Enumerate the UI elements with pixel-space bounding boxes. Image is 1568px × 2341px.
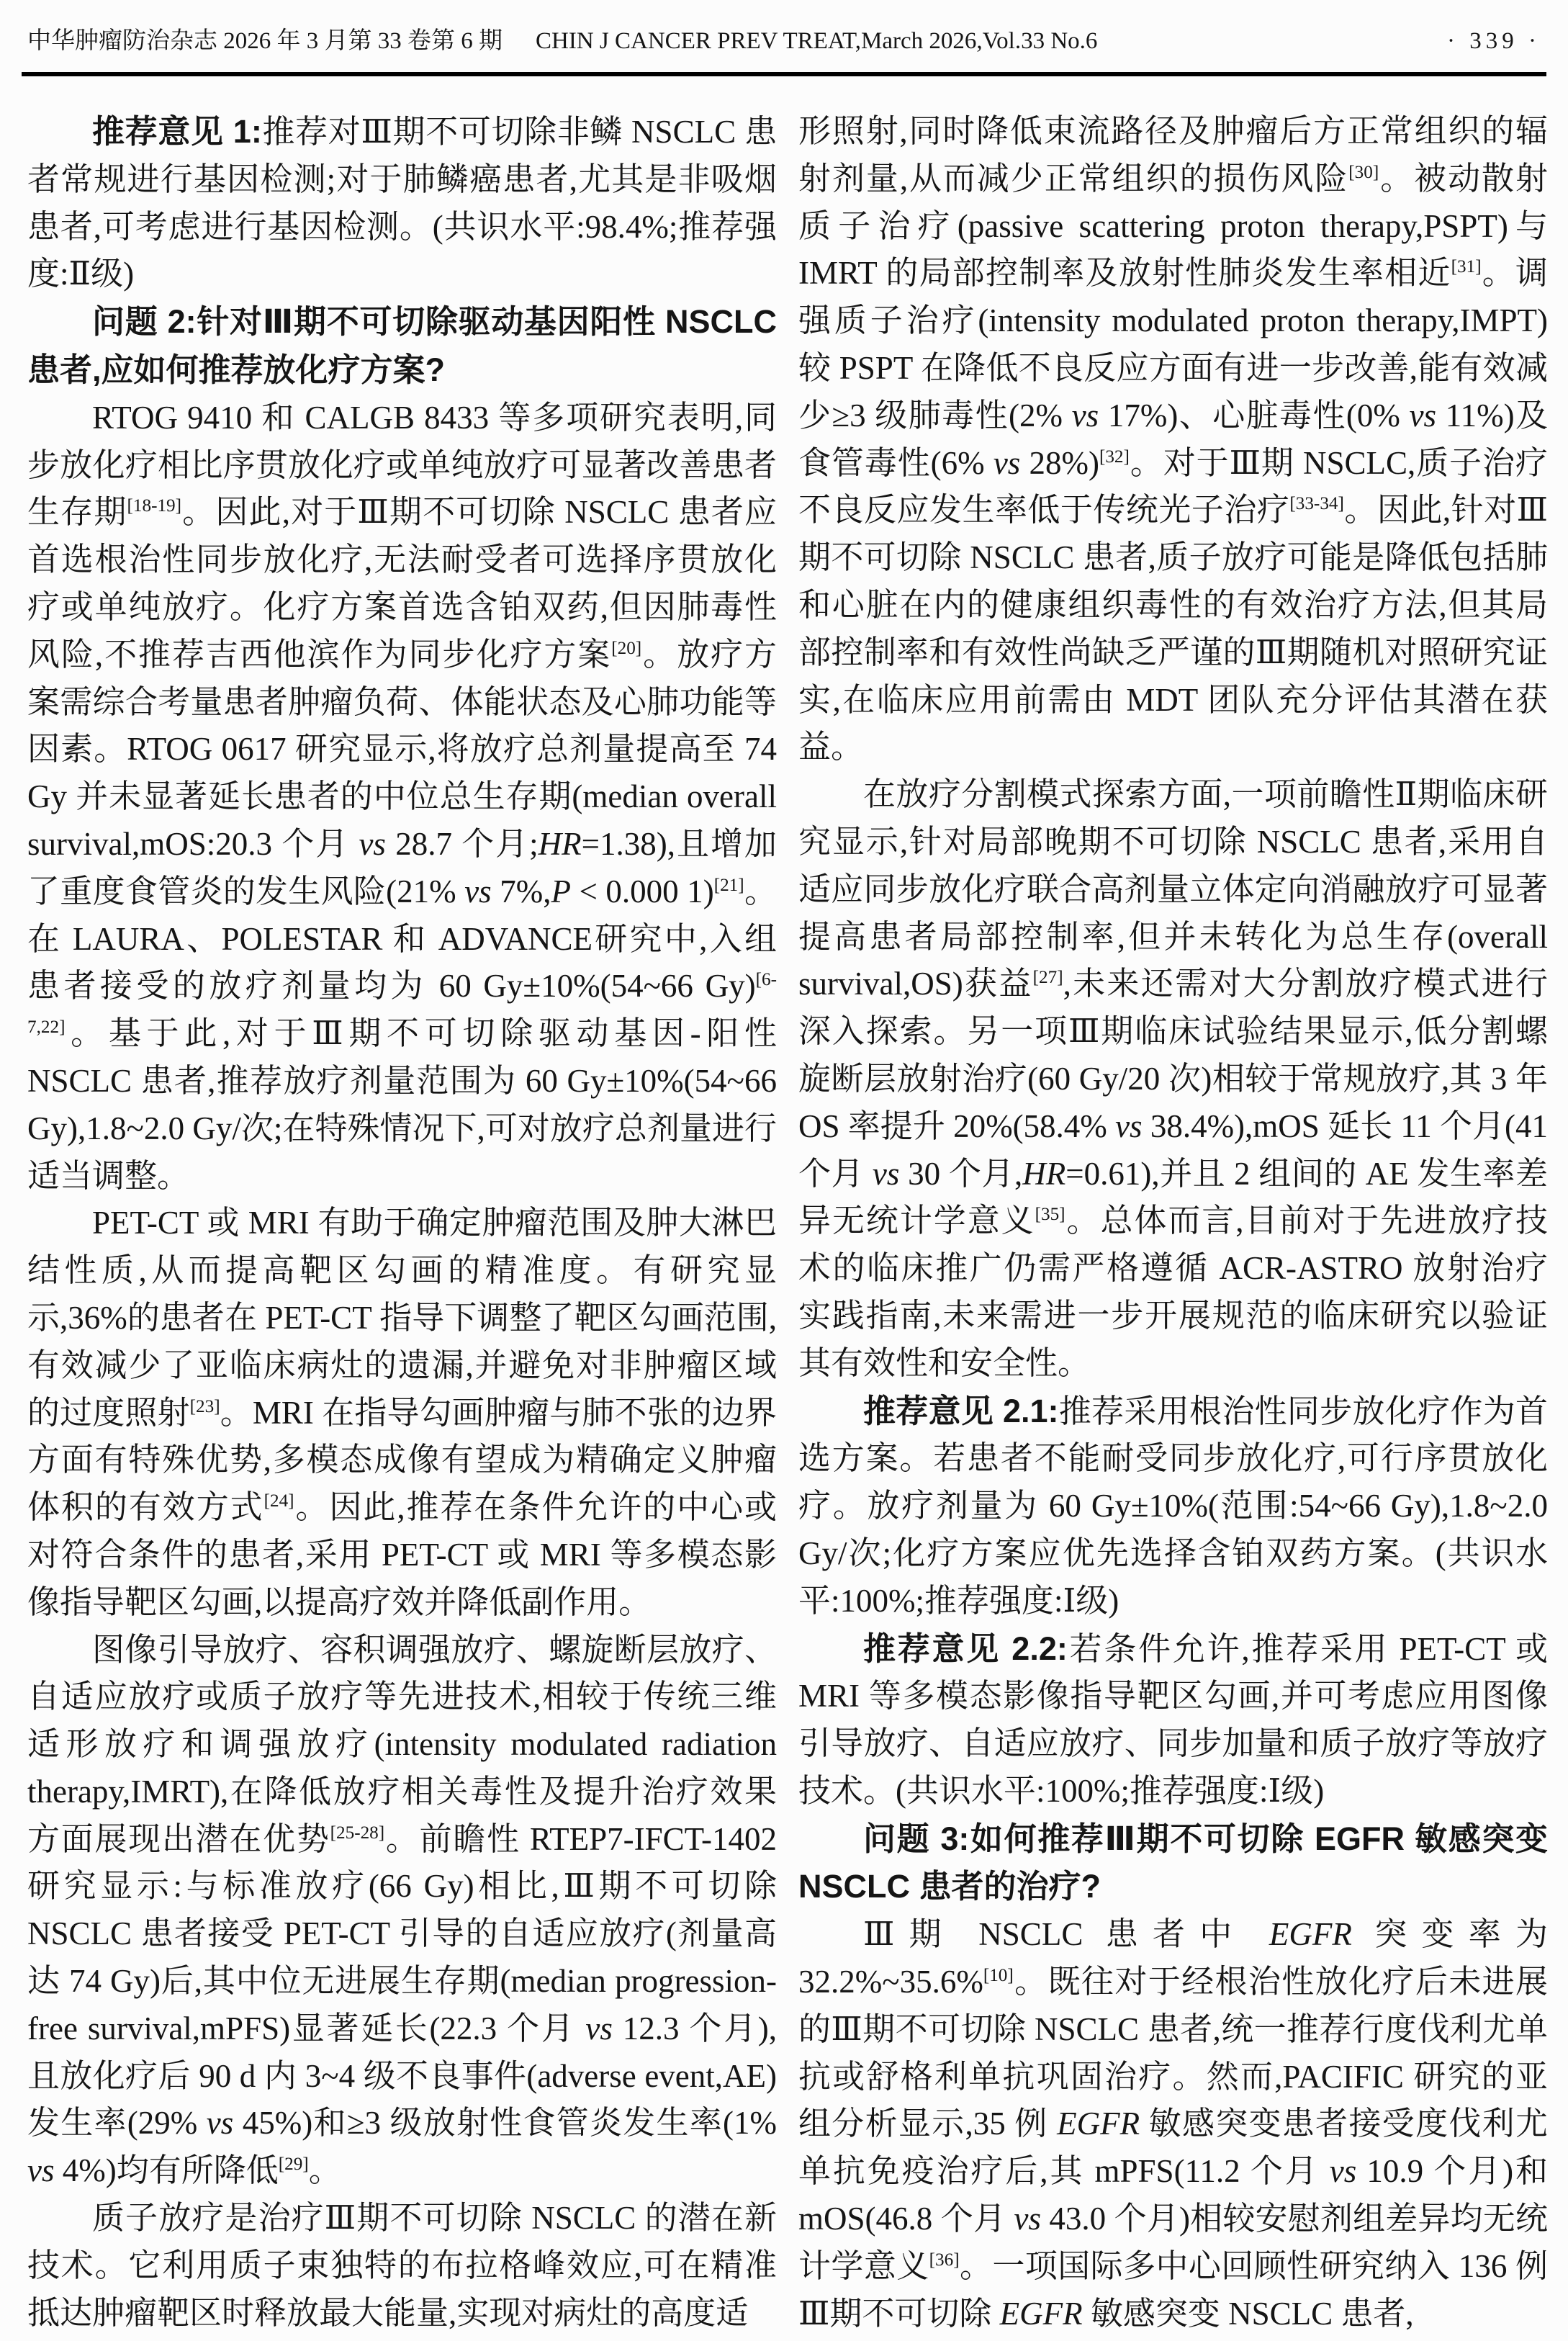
text-segment: 。因此,针对Ⅲ期不可切除 NSCLC 患者,质子放疗可能是降低包括肺和心脏在内的… — [798, 492, 1548, 765]
page-header: 中华肿瘤防治杂志 2026 年 3 月第 33 卷第 6 期 CHIN J CA… — [27, 22, 1541, 55]
reference-superscript: [25-28] — [330, 1823, 385, 1843]
text-segment: vs — [359, 826, 386, 862]
text-segment: HR — [539, 826, 582, 862]
text-segment: P — [551, 873, 571, 909]
paragraph: 推荐意见 2.1:推荐采用根治性同步放化疗作为首选方案。若患者不能耐受同步放化疗… — [798, 1388, 1548, 1625]
text-segment: vs — [585, 2010, 613, 2046]
text-segment: 。基于此,对于Ⅲ期不可切除驱动基因-阳性 NSCLC 患者,推荐放疗剂量范围为 … — [27, 1015, 777, 1193]
reference-superscript: [35] — [1035, 1205, 1065, 1224]
reference-superscript: [32] — [1099, 447, 1130, 467]
paragraph: 问题 2:针对Ⅲ期不可切除驱动基因阳性 NSCLC 患者,应如何推荐放化疗方案? — [27, 298, 777, 395]
text-segment: 推荐意见 1: — [92, 113, 262, 150]
paragraph: RTOG 9410 和 CALGB 8433 等多项研究表明,同步放化疗相比序贯… — [27, 395, 777, 1200]
text-segment: vs — [1410, 397, 1437, 433]
text-segment: 30 个月, — [899, 1156, 1022, 1192]
text-segment: 4%)均有所降低 — [55, 2152, 279, 2188]
text-segment: HR — [1022, 1156, 1065, 1192]
header-divider-rule — [22, 72, 1546, 76]
paragraph: 图像引导放疗、容积调强放疗、螺旋断层放疗、自适应放疗或质子放疗等先进技术,相较于… — [27, 1627, 777, 2196]
reference-superscript: [36] — [929, 2250, 960, 2270]
text-segment: 问题 3:如何推荐Ⅲ期不可切除 EGFR 敏感突变 NSCLC 患者的治疗? — [798, 1820, 1548, 1905]
reference-superscript: [30] — [1348, 163, 1379, 182]
paragraph: 在放疗分割模式探索方面,一项前瞻性Ⅱ期临床研究显示,针对局部晚期不可切除 NSC… — [798, 771, 1548, 1387]
text-segment: EGFR — [1269, 1916, 1352, 1952]
reference-superscript: [31] — [1451, 257, 1482, 277]
text-segment: 17%)、心脏毒性(0% — [1099, 397, 1409, 433]
paragraph: 形照射,同时降低束流路径及肿瘤后方正常组织的辐射剂量,从而减少正常组织的损伤风险… — [798, 108, 1548, 771]
text-segment: EGFR — [1000, 2296, 1083, 2332]
text-segment: 敏感突变 NSCLC 患者, — [1083, 2296, 1414, 2332]
paragraph: 推荐意见 2.2:若条件允许,推荐采用 PET-CT 或 MRI 等多模态影像指… — [798, 1625, 1548, 1815]
reference-superscript: [21] — [714, 876, 744, 895]
paragraph: PET-CT 或 MRI 有助于确定肿瘤范围及肿大淋巴结性质,从而提高靶区勾画的… — [27, 1200, 777, 1626]
text-segment: EGFR — [1057, 2106, 1140, 2142]
text-segment: 28%) — [1020, 445, 1099, 481]
two-column-body: 推荐意见 1:推荐对Ⅲ期不可切除非鳞 NSCLC 患者常规进行基因检测;对于肺鳞… — [27, 108, 1548, 2337]
paragraph: 问题 3:如何推荐Ⅲ期不可切除 EGFR 敏感突变 NSCLC 患者的治疗? — [798, 1815, 1548, 1912]
paragraph: 推荐意见 1:推荐对Ⅲ期不可切除非鳞 NSCLC 患者常规进行基因检测;对于肺鳞… — [27, 108, 777, 298]
text-segment: 推荐意见 2.1: — [863, 1393, 1059, 1429]
text-segment: 28.7 个月; — [386, 826, 539, 862]
reference-superscript: [20] — [611, 639, 641, 658]
text-segment: vs — [873, 1156, 900, 1192]
journal-title-chinese: 中华肿瘤防治杂志 2026 年 3 月第 33 卷第 6 期 — [27, 22, 503, 55]
reference-superscript: [27] — [1033, 968, 1063, 987]
journal-page: 中华肿瘤防治杂志 2026 年 3 月第 33 卷第 6 期 CHIN J CA… — [0, 0, 1568, 2341]
text-segment: 推荐意见 2.2: — [863, 1630, 1068, 1667]
paragraph: 质子放疗是治疗Ⅲ期不可切除 NSCLC 的潜在新技术。它利用质子束独特的布拉格峰… — [27, 2195, 777, 2337]
reference-superscript: [29] — [279, 2154, 309, 2174]
reference-superscript: [10] — [983, 1966, 1014, 1985]
text-segment: 7%, — [492, 873, 551, 909]
left-column: 推荐意见 1:推荐对Ⅲ期不可切除非鳞 NSCLC 患者常规进行基因检测;对于肺鳞… — [27, 108, 777, 2337]
text-segment: 。 — [309, 2152, 341, 2188]
text-segment: 45%)和≥3 级放射性食管炎发生率(1% — [233, 2105, 777, 2141]
text-segment: vs — [993, 445, 1021, 481]
page-number: · 339 · — [1447, 28, 1541, 55]
text-segment: vs — [27, 2152, 55, 2188]
text-segment: 问题 2:针对Ⅲ期不可切除驱动基因阳性 NSCLC 患者,应如何推荐放化疗方案? — [27, 303, 777, 388]
text-segment: vs — [1115, 1108, 1143, 1144]
text-segment: Ⅲ期 NSCLC 患者中 — [863, 1916, 1269, 1952]
reference-superscript: [33-34] — [1289, 494, 1344, 513]
journal-title-english: CHIN J CANCER PREV TREAT,March 2026,Vol.… — [536, 28, 1097, 55]
text-segment: vs — [207, 2105, 234, 2141]
text-segment: vs — [1330, 2153, 1357, 2189]
text-segment: vs — [1014, 2201, 1042, 2237]
text-segment: 质子放疗是治疗Ⅲ期不可切除 NSCLC 的潜在新技术。它利用质子束独特的布拉格峰… — [27, 2200, 777, 2331]
reference-superscript: [23] — [190, 1397, 220, 1416]
text-segment: vs — [1072, 397, 1099, 433]
paragraph: Ⅲ期 NSCLC 患者中 EGFR 突变率为 32.2%~35.6%[10]。既… — [798, 1911, 1548, 2337]
text-segment: vs — [464, 873, 492, 909]
right-column: 形照射,同时降低束流路径及肿瘤后方正常组织的辐射剂量,从而减少正常组织的损伤风险… — [798, 108, 1548, 2337]
text-segment: < 0.000 1) — [571, 873, 714, 909]
reference-superscript: [18-19] — [127, 496, 182, 516]
reference-superscript: [24] — [264, 1491, 294, 1511]
